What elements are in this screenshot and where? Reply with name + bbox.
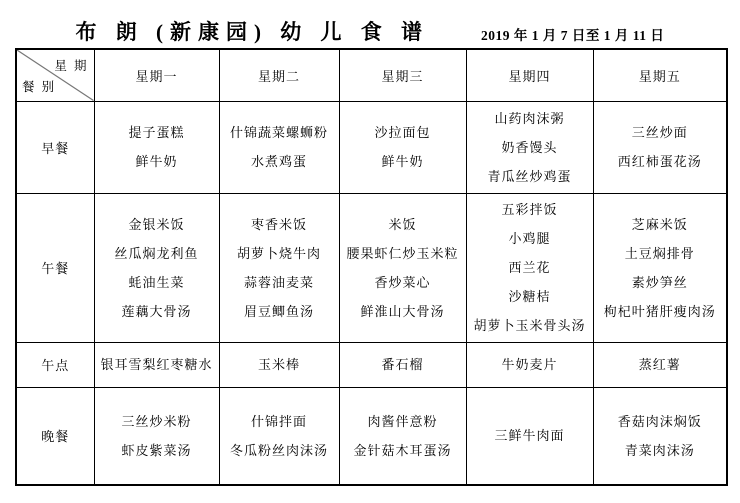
dish: 奶香馒头 [467,133,593,162]
dish: 三丝炒米粉 [95,407,219,436]
dish: 莲藕大骨汤 [95,297,219,326]
menu-cell: 山药肉沫粥 奶香馒头 青瓜丝炒鸡蛋 [466,101,593,193]
dish: 蚝油生菜 [95,268,219,297]
dish: 金银米饭 [95,210,219,239]
menu-cell: 番石榴 [339,342,466,387]
menu-cell: 沙拉面包 鲜牛奶 [339,101,466,193]
corner-label-week: 星 期 [54,56,88,74]
menu-cell: 三鲜牛肉面 [466,387,593,485]
dish: 牛奶麦片 [467,350,593,379]
table-row-breakfast: 早餐 提子蛋糕 鲜牛奶 什锦蔬菜螺蛳粉 水煮鸡蛋 沙拉面包 鲜牛奶 山药肉沫粥 … [16,101,727,193]
day-header-wednesday: 星期三 [339,49,466,101]
dish: 香菇肉沫焖饭 [594,407,727,436]
meal-label: 晚餐 [16,387,94,485]
menu-cell: 什锦拌面 冬瓜粉丝肉沫汤 [219,387,339,485]
dish: 素炒笋丝 [594,268,727,297]
dish: 番石榴 [340,350,466,379]
dish: 枣香米饭 [220,210,339,239]
dish: 小鸡腿 [467,224,593,253]
dish: 蒸红薯 [594,350,727,379]
dish: 枸杞叶猪肝瘦肉汤 [594,297,727,326]
dish: 什锦拌面 [220,407,339,436]
dish: 鲜牛奶 [95,147,219,176]
day-header-tuesday: 星期二 [219,49,339,101]
menu-cell: 香菇肉沫焖饭 青菜肉沫汤 [593,387,727,485]
menu-cell: 提子蛋糕 鲜牛奶 [94,101,219,193]
dish: 金针菇木耳蛋汤 [340,436,466,465]
dish: 米饭 [340,210,466,239]
menu-page: 布 朗 (新康园) 幼 儿 食 谱 2019 年 1 月 7 日至 1 月 11… [0,0,740,503]
dish: 沙糖桔 [467,282,593,311]
dish: 土豆焖排骨 [594,239,727,268]
page-title: 布 朗 (新康园) 幼 儿 食 谱 [76,16,430,46]
corner-label-meal: 餐 别 [22,77,56,95]
table-row-lunch: 午餐 金银米饭 丝瓜焖龙利鱼 蚝油生菜 莲藕大骨汤 枣香米饭 胡萝卜烧牛肉 蒜蓉… [16,193,727,342]
date-range: 2019 年 1 月 7 日至 1 月 11 日 [481,24,664,46]
dish: 沙拉面包 [340,118,466,147]
dish: 胡萝卜烧牛肉 [220,239,339,268]
menu-cell: 枣香米饭 胡萝卜烧牛肉 蒜蓉油麦菜 眉豆鲫鱼汤 [219,193,339,342]
dish: 眉豆鲫鱼汤 [220,297,339,326]
dish: 蒜蓉油麦菜 [220,268,339,297]
dish: 香炒菜心 [340,268,466,297]
corner-cell: 星 期 餐 别 [16,49,94,101]
dish: 银耳雪梨红枣糖水 [95,350,219,379]
title-bar: 布 朗 (新康园) 幼 儿 食 谱 2019 年 1 月 7 日至 1 月 11… [0,0,740,46]
menu-cell: 银耳雪梨红枣糖水 [94,342,219,387]
menu-cell: 米饭 腰果虾仁炒玉米粒 香炒菜心 鲜淮山大骨汤 [339,193,466,342]
menu-cell: 玉米棒 [219,342,339,387]
menu-cell: 牛奶麦片 [466,342,593,387]
dish: 丝瓜焖龙利鱼 [95,239,219,268]
table-row-dinner: 晚餐 三丝炒米粉 虾皮紫菜汤 什锦拌面 冬瓜粉丝肉沫汤 肉酱伴意粉 金针菇木耳蛋… [16,387,727,485]
menu-table: 星 期 餐 别 星期一 星期二 星期三 星期四 星期五 早餐 提子蛋糕 鲜牛奶 … [15,48,728,486]
day-header-monday: 星期一 [94,49,219,101]
dish: 五彩拌饭 [467,195,593,224]
dish: 三丝炒面 [594,118,727,147]
dish: 玉米棒 [220,350,339,379]
day-header-friday: 星期五 [593,49,727,101]
dish: 冬瓜粉丝肉沫汤 [220,436,339,465]
day-header-thursday: 星期四 [466,49,593,101]
dish: 山药肉沫粥 [467,104,593,133]
dish: 青菜肉沫汤 [594,436,727,465]
menu-cell: 什锦蔬菜螺蛳粉 水煮鸡蛋 [219,101,339,193]
dish: 水煮鸡蛋 [220,147,339,176]
dish: 肉酱伴意粉 [340,407,466,436]
menu-cell: 蒸红薯 [593,342,727,387]
menu-cell: 三丝炒面 西红柿蛋花汤 [593,101,727,193]
dish: 芝麻米饭 [594,210,727,239]
dish: 胡萝卜玉米骨头汤 [467,311,593,340]
menu-cell: 五彩拌饭 小鸡腿 西兰花 沙糖桔 胡萝卜玉米骨头汤 [466,193,593,342]
table-row-afternoon-snack: 午点 银耳雪梨红枣糖水 玉米棒 番石榴 牛奶麦片 蒸红薯 [16,342,727,387]
dish: 什锦蔬菜螺蛳粉 [220,118,339,147]
dish: 青瓜丝炒鸡蛋 [467,162,593,191]
meal-label: 午点 [16,342,94,387]
dish: 虾皮紫菜汤 [95,436,219,465]
dish: 鲜淮山大骨汤 [340,297,466,326]
menu-cell: 芝麻米饭 土豆焖排骨 素炒笋丝 枸杞叶猪肝瘦肉汤 [593,193,727,342]
dish: 腰果虾仁炒玉米粒 [340,239,466,268]
menu-cell: 金银米饭 丝瓜焖龙利鱼 蚝油生菜 莲藕大骨汤 [94,193,219,342]
dish: 鲜牛奶 [340,147,466,176]
dish: 西红柿蛋花汤 [594,147,727,176]
dish: 三鲜牛肉面 [467,421,593,450]
meal-label: 早餐 [16,101,94,193]
header-row: 星 期 餐 别 星期一 星期二 星期三 星期四 星期五 [16,49,727,101]
dish: 西兰花 [467,253,593,282]
menu-cell: 肉酱伴意粉 金针菇木耳蛋汤 [339,387,466,485]
dish: 提子蛋糕 [95,118,219,147]
meal-label: 午餐 [16,193,94,342]
menu-cell: 三丝炒米粉 虾皮紫菜汤 [94,387,219,485]
